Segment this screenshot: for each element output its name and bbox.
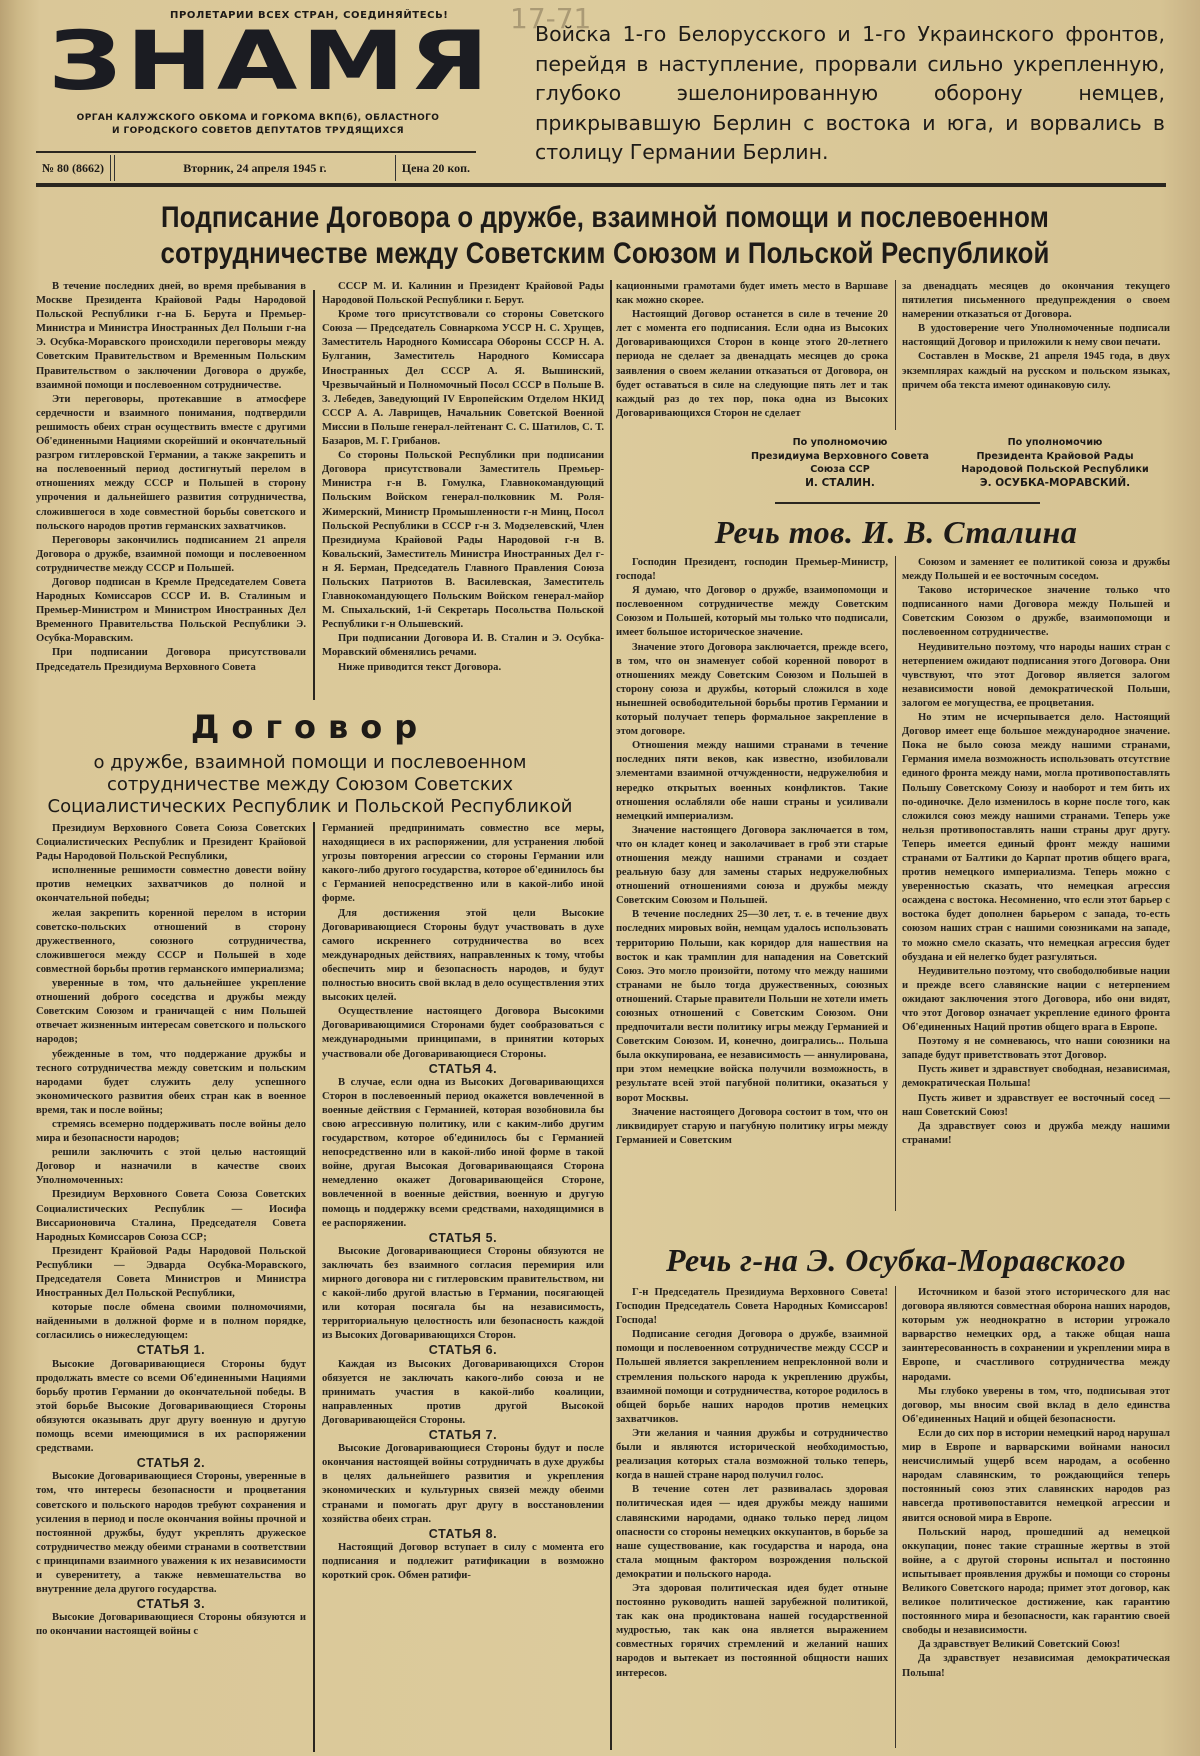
column-divider <box>895 556 896 1211</box>
organ-line-1: ОРГАН КАЛУЖСКОГО ОБКОМА И ГОРКОМА ВКП(б)… <box>58 112 458 125</box>
issue-bar: № 80 (8662) Вторник, 24 апреля 1945 г. Ц… <box>36 154 476 182</box>
treaty-column-3: кационными грамотами будет иметь место в… <box>616 280 888 421</box>
speech-paragraph: Значение настоящего Договора заключается… <box>616 824 888 909</box>
treaty-paragraph: уверенные в том, что дальнейшее укреплен… <box>36 977 306 1047</box>
column-divider <box>610 280 612 1750</box>
treaty-paragraph: Осуществление настоящего Договора Высоки… <box>322 1005 604 1061</box>
article-heading: СТАТЬЯ 3. <box>36 1597 306 1611</box>
report-paragraph: Договор подписан в Кремле Председателем … <box>36 576 306 646</box>
issue-date: Вторник, 24 апреля 1945 г. <box>115 161 395 176</box>
report-paragraph: Эти переговоры, протекавшие в атмосфере … <box>36 393 306 534</box>
speech-paragraph: Источником и базой этого исторического д… <box>902 1286 1170 1385</box>
report-paragraph: В течение последних дней, во время пребы… <box>36 280 306 393</box>
treaty-paragraph: Президиум Верховного Совета Союза Советс… <box>36 822 306 864</box>
treaty-paragraph: исполненные решимости совместно довести … <box>36 864 306 906</box>
publisher-organ: ОРГАН КАЛУЖСКОГО ОБКОМА И ГОРКОМА ВКП(б)… <box>58 112 458 138</box>
stalin-speech-title: Речь тов. И. В. Сталина <box>616 514 1176 551</box>
treaty-paragraph: Президиум Верховного Совета Союза Советс… <box>36 1188 306 1244</box>
osubka-speech-column-1: Г-н Председатель Президиума Верховного С… <box>616 1286 888 1681</box>
issue-number: № 80 (8662) <box>36 161 110 176</box>
signature-stalin: По уполномочию Президиума Верховного Сов… <box>720 436 960 490</box>
lead-announcement: Войска 1-го Белорусского и 1-го Украинск… <box>535 20 1165 168</box>
report-paragraph: Кроме того присутствовали со стороны Сов… <box>322 308 604 449</box>
treaty-column-4: за двенадцать месяцев до окончания текущ… <box>902 280 1170 393</box>
treaty-paragraph: Высокие Договаривающиеся Стороны будут п… <box>36 1358 306 1457</box>
speech-paragraph: Да здравствует союз и дружба между нашим… <box>902 1120 1170 1148</box>
report-paragraph: При подписании Договора присутствовали П… <box>36 646 306 674</box>
speech-paragraph: В течение сотен лет развивалась здоровая… <box>616 1483 888 1582</box>
main-headline-line-1: Подписание Договора о дружбе, взаимной п… <box>128 200 1083 236</box>
treaty-column-1: Президиум Верховного Совета Союза Советс… <box>36 822 306 1639</box>
organ-line-2: И ГОРОДСКОГО СОВЕТОВ ДЕПУТАТОВ ТРУДЯЩИХС… <box>58 125 458 138</box>
speech-paragraph: Поэтому я не сомневаюсь, что наши союзни… <box>902 1035 1170 1063</box>
speech-paragraph: Да здравствует независимая демократическ… <box>902 1652 1170 1680</box>
treaty-subtitle-line-1: о дружбе, взаимной помощи и послевоенном <box>20 752 600 774</box>
main-headline-line-2: сотрудничестве между Советским Союзом и … <box>128 236 1083 272</box>
signature-line: Президиума Верховного Совета <box>720 450 960 464</box>
treaty-paragraph: Для достижения этой цели Высокие Договар… <box>322 907 604 1006</box>
treaty-paragraph: Высокие Договаривающиеся Стороны будут и… <box>322 1442 604 1527</box>
masthead-rule <box>36 151 476 153</box>
article-heading: СТАТЬЯ 5. <box>322 1231 604 1245</box>
report-paragraph: СССР М. И. Калинин и Президент Крайовой … <box>322 280 604 308</box>
report-paragraph: При подписании Договора И. В. Сталин и Э… <box>322 632 604 660</box>
section-rule <box>775 502 1040 504</box>
signature-line: Союза ССР <box>720 463 960 477</box>
treaty-paragraph: Каждая из Высоких Договаривающихся Сторо… <box>322 1358 604 1428</box>
speech-paragraph: Если до сих пор в истории немецкий народ… <box>902 1427 1170 1526</box>
treaty-paragraph: за двенадцать месяцев до окончания текущ… <box>902 280 1170 322</box>
speech-paragraph: Неудивительно поэтому, что свободолюбивы… <box>902 965 1170 1035</box>
treaty-subtitle: о дружбе, взаимной помощи и послевоенном… <box>20 752 600 818</box>
report-paragraph: Ниже приводится текст Договора. <box>322 661 604 675</box>
treaty-paragraph: Настоящий Договор останется в силе в теч… <box>616 308 888 421</box>
speech-paragraph: Да здравствует Великий Советский Союз! <box>902 1638 1170 1652</box>
issue-price: Цена 20 коп. <box>396 161 476 176</box>
speech-paragraph: Неудивительно поэтому, что народы наших … <box>902 641 1170 711</box>
article-heading: СТАТЬЯ 2. <box>36 1456 306 1470</box>
report-column-1: В течение последних дней, во время пребы… <box>36 280 306 675</box>
speech-paragraph: Но этим не исчерпывается дело. Настоящий… <box>902 711 1170 965</box>
report-paragraph: Переговоры закончились подписанием 21 ап… <box>36 534 306 576</box>
header-bottom-rule <box>36 183 1166 187</box>
treaty-paragraph: В удостоверение чего Уполномоченные подп… <box>902 322 1170 350</box>
newspaper-title: ЗНАМЯ <box>48 22 493 100</box>
report-column-2: СССР М. И. Калинин и Президент Крайовой … <box>322 280 604 675</box>
signature-line: По уполномочию <box>720 436 960 450</box>
treaty-paragraph: кационными грамотами будет иметь место в… <box>616 280 888 308</box>
treaty-paragraph: Президент Крайовой Рады Народовой Польск… <box>36 1245 306 1301</box>
signature-line: По уполномочию <box>935 436 1175 450</box>
report-paragraph: Со стороны Польской Республики при подпи… <box>322 449 604 632</box>
speech-paragraph: Эти желания и чаяния дружбы и сотрудниче… <box>616 1427 888 1483</box>
osubka-speech-title: Речь г-на Э. Осубка-Моравского <box>616 1242 1176 1279</box>
treaty-paragraph: которые после обмена своими полномочиями… <box>36 1301 306 1343</box>
speech-paragraph: Польский народ, прошедший ад немецкой ок… <box>902 1526 1170 1639</box>
treaty-paragraph: Высокие Договаривающиеся Стороны обязуют… <box>36 1611 306 1639</box>
speech-paragraph: Мы глубоко уверены в том, что, подписыва… <box>902 1385 1170 1427</box>
speech-paragraph: Пусть живет и здравствует ее восточный с… <box>902 1092 1170 1120</box>
treaty-title: Договор <box>20 708 600 746</box>
column-divider <box>895 280 896 430</box>
article-heading: СТАТЬЯ 1. <box>36 1343 306 1357</box>
speech-paragraph: Подписание сегодня Договора о дружбе, вз… <box>616 1328 888 1427</box>
treaty-subtitle-line-2: сотрудничестве между Союзом Советских <box>20 774 600 796</box>
speech-paragraph: Таково историческое значение только что … <box>902 584 1170 640</box>
treaty-paragraph: Германией предпринимать совместно все ме… <box>322 822 604 907</box>
treaty-paragraph: решили заключить с этой целью настоящий … <box>36 1146 306 1188</box>
treaty-paragraph: убежденные в том, что поддержание дружбы… <box>36 1048 306 1118</box>
speech-paragraph: Господин Президент, господин Премьер-Мин… <box>616 556 888 584</box>
article-heading: СТАТЬЯ 7. <box>322 1428 604 1442</box>
treaty-paragraph: Составлен в Москве, 21 апреля 1945 года,… <box>902 350 1170 392</box>
signatory-name: И. СТАЛИН. <box>720 477 960 491</box>
treaty-paragraph: желая закрепить коренной перелом в истор… <box>36 907 306 977</box>
speech-paragraph: Отношения между нашими странами в течени… <box>616 739 888 824</box>
treaty-subtitle-line-3: Социалистических Республик и Польской Ре… <box>20 796 600 818</box>
treaty-paragraph: Настоящий Договор вступает в силу с моме… <box>322 1541 604 1583</box>
treaty-column-2: Германией предпринимать совместно все ме… <box>322 822 604 1583</box>
column-divider <box>313 290 315 700</box>
treaty-paragraph: Высокие Договаривающиеся Стороны обязуют… <box>322 1245 604 1344</box>
column-divider <box>313 822 315 1752</box>
article-heading: СТАТЬЯ 6. <box>322 1343 604 1357</box>
signature-line: Президента Крайовой Рады <box>935 450 1175 464</box>
signature-osubka: По уполномочию Президента Крайовой Рады … <box>935 436 1175 490</box>
speech-paragraph: Эта здоровая политическая идея будет отн… <box>616 1582 888 1681</box>
osubka-speech-column-2: Источником и базой этого исторического д… <box>902 1286 1170 1681</box>
column-divider <box>895 1286 896 1748</box>
speech-paragraph: Значение этого Договора заключается, пре… <box>616 641 888 740</box>
speech-paragraph: Г-н Председатель Президиума Верховного С… <box>616 1286 888 1328</box>
speech-paragraph: Пусть живет и здравствует свободная, нез… <box>902 1063 1170 1091</box>
treaty-paragraph: В случае, если одна из Высоких Договарив… <box>322 1076 604 1231</box>
treaty-paragraph: стремясь всемерно поддерживать после вой… <box>36 1118 306 1146</box>
stalin-speech-column-2: Союзом и заменяет ее политикой союза и д… <box>902 556 1170 1148</box>
article-heading: СТАТЬЯ 4. <box>322 1062 604 1076</box>
signature-line: Народовой Польской Республики <box>935 463 1175 477</box>
stalin-speech-column-1: Господин Президент, господин Премьер-Мин… <box>616 556 888 1148</box>
speech-paragraph: В течение последних 25—30 лет, т. е. в т… <box>616 908 888 1105</box>
speech-paragraph: Союзом и заменяет ее политикой союза и д… <box>902 556 1170 584</box>
speech-paragraph: Я думаю, что Договор о дружбе, взаимопом… <box>616 584 888 640</box>
main-headline: Подписание Договора о дружбе, взаимной п… <box>128 200 1083 272</box>
treaty-paragraph: Высокие Договаривающиеся Стороны, уверен… <box>36 1470 306 1597</box>
signatory-name: Э. ОСУБКА-МОРАВСКИЙ. <box>935 477 1175 491</box>
speech-paragraph: Значение настоящего Договора состоит в т… <box>616 1106 888 1148</box>
article-heading: СТАТЬЯ 8. <box>322 1527 604 1541</box>
